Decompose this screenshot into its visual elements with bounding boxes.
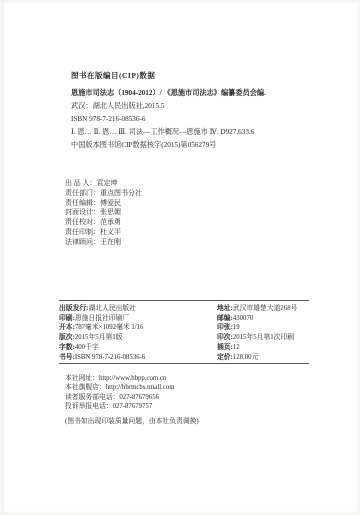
pub-label: 印张:	[217, 324, 233, 331]
staff-label: 出 品 人：	[65, 179, 97, 187]
cip-classification-line: Ⅰ. 恩… Ⅱ. 恩… Ⅲ. 司法—工作概况—恩施市 Ⅳ. D927.633.6	[71, 126, 318, 139]
staff-row-cover-design: 封面设计：张思媚	[65, 208, 142, 218]
complaint-phone: 027-87679757	[113, 403, 153, 410]
pub-row-inserts: 插页:12	[217, 343, 297, 353]
staff-label: 责任校对：	[65, 218, 100, 226]
quality-note: (图书如出现印装质量问题，由本社负责调换)	[65, 415, 199, 425]
contact-block: 本社网址：http://www.hbpp.com.cn 本社旗舰店：http:/…	[65, 374, 175, 412]
copyright-page: 图书在版编目(CIP)数据 恩施市司法志（1904-2012）/ 《恩施市司法志…	[2, 0, 358, 513]
staff-label: 责任编辑：	[65, 199, 100, 207]
pub-value: 武汉市雄楚大道268号	[233, 305, 298, 312]
pub-label: 版次:	[59, 334, 75, 341]
divider-bottom	[59, 363, 309, 364]
staff-value: 王在刚	[100, 238, 121, 246]
contact-row-complaint-phone: 投诉举报电话：027-87679757	[65, 402, 175, 411]
staff-label: 封面设计：	[65, 208, 100, 216]
pub-label: 地址:	[217, 305, 233, 312]
pub-row-format: 开本:787毫米×1092毫米 1/16	[59, 323, 145, 333]
staff-value: 范承勇	[100, 218, 121, 226]
contact-label: 本社网址：	[65, 375, 99, 382]
contact-label: 投诉举报电话：	[65, 403, 113, 410]
cip-isbn-line: ISBN 978-7-216-08536-6	[71, 113, 318, 126]
staff-value: 重点图书分社	[100, 189, 142, 197]
staff-row-producer: 出 品 人：袁定坤	[65, 179, 142, 189]
pub-label: 字数:	[59, 344, 75, 351]
pub-label: 出版发行:	[59, 305, 88, 312]
pub-row-publisher: 出版发行:湖北人民出版社	[59, 304, 145, 314]
contact-row-website: 本社网址：http://www.hbpp.com.cn	[65, 374, 175, 383]
pub-value: 2015年5月第1次印刷	[233, 334, 294, 341]
pub-row-book-number: 书号:ISBN 978-7-216-08536-6	[59, 353, 145, 363]
pub-value: 12	[233, 344, 240, 351]
pub-label: 书号:	[59, 354, 75, 361]
contact-row-store: 本社旗舰店：http://hbrmcbs.tmall.com	[65, 383, 175, 392]
staff-value: 傅爱民	[100, 199, 121, 207]
pub-row-edition: 版次:2015年5月第1版	[59, 333, 145, 343]
staff-value: 杜义平	[100, 228, 121, 236]
pub-label: 定价:	[217, 354, 233, 361]
pub-value: 128.00元	[233, 354, 259, 361]
pub-value: 400千字	[75, 344, 99, 351]
contact-label: 读者服务部电话：	[65, 394, 119, 401]
staff-row-proofreader: 责任校对：范承勇	[65, 218, 142, 228]
cip-heading: 图书在版编目(CIP)数据	[71, 70, 318, 81]
pub-value: 恩施日报社印刷厂	[75, 315, 129, 322]
cip-registry-line: 中国版本图书馆CIP数据核字(2015)第056279号	[71, 139, 318, 152]
staff-block: 出 品 人：袁定坤 责任部门：重点图书分社 责任编辑：傅爱民 封面设计：张思媚 …	[65, 179, 142, 248]
cip-title-line: 恩施市司法志（1904-2012）/ 《恩施市司法志》编纂委员会编.	[71, 87, 318, 100]
pub-label: 印次:	[217, 334, 233, 341]
pub-row-sheets: 印张:19	[217, 323, 297, 333]
cip-block: 图书在版编目(CIP)数据 恩施市司法志（1904-2012）/ 《恩施市司法志…	[71, 70, 318, 152]
pub-row-postcode: 邮编:430070	[217, 314, 297, 324]
pub-info-right-column: 地址:武汉市雄楚大道268号 邮编:430070 印张:19 印次:2015年5…	[217, 304, 297, 362]
staff-label: 责任印制：	[65, 228, 100, 236]
staff-label: 法律顾问：	[65, 238, 100, 246]
pub-value: 19	[233, 324, 240, 331]
staff-value: 袁定坤	[97, 179, 118, 187]
pub-value: 湖北人民出版社	[88, 305, 136, 312]
staff-row-print-supervisor: 责任印制：杜义平	[65, 228, 142, 238]
pub-label: 开本:	[59, 324, 75, 331]
store-url: http://hbrmcbs.tmall.com	[106, 384, 175, 391]
website-url: http://www.hbpp.com.cn	[99, 375, 166, 382]
pub-label: 邮编:	[217, 315, 233, 322]
pub-value: 2015年5月第1版	[75, 334, 123, 341]
staff-label: 责任部门：	[65, 189, 100, 197]
staff-row-editor: 责任编辑：傅爱民	[65, 199, 142, 209]
pub-value: ISBN 978-7-216-08536-6	[75, 354, 145, 361]
pub-value: 787毫米×1092毫米 1/16	[75, 324, 144, 331]
contact-label: 本社旗舰店：	[65, 384, 106, 391]
staff-row-department: 责任部门：重点图书分社	[65, 189, 142, 199]
staff-value: 张思媚	[100, 208, 121, 216]
contact-row-service-phone: 读者服务部电话：027-87679656	[65, 393, 175, 402]
pub-label: 印刷:	[59, 315, 75, 322]
pub-row-word-count: 字数:400千字	[59, 343, 145, 353]
staff-row-legal-counsel: 法律顾问：王在刚	[65, 238, 142, 248]
pub-value: 430070	[233, 315, 253, 322]
pub-label: 插页:	[217, 344, 233, 351]
divider-top	[59, 300, 309, 301]
pub-row-printer: 印刷:恩施日报社印刷厂	[59, 314, 145, 324]
pub-row-impression: 印次:2015年5月第1次印刷	[217, 333, 297, 343]
pub-row-address: 地址:武汉市雄楚大道268号	[217, 304, 297, 314]
pub-info-left-column: 出版发行:湖北人民出版社 印刷:恩施日报社印刷厂 开本:787毫米×1092毫米…	[59, 304, 145, 362]
service-phone: 027-87679656	[119, 394, 159, 401]
pub-row-price: 定价:128.00元	[217, 353, 297, 363]
cip-publisher-line: 武汉：湖北人民出版社,2015.5	[71, 100, 318, 113]
